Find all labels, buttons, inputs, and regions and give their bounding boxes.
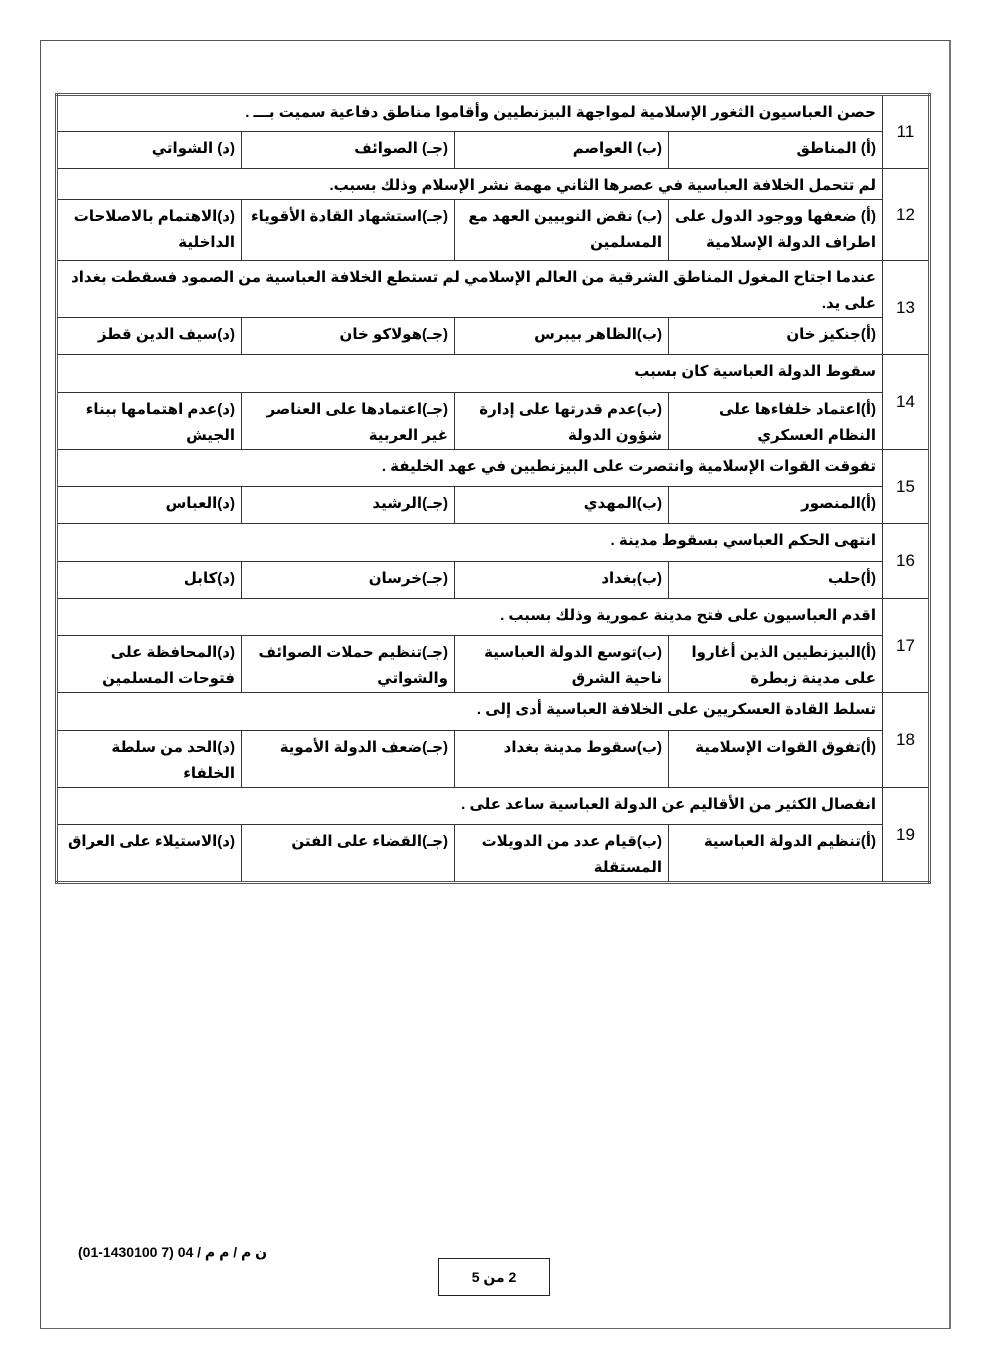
option-b[interactable]: (ب) العواصم (455, 132, 669, 169)
option-d[interactable]: (د)الاهتمام بالاصلاحات الداخلية (57, 200, 242, 261)
option-b[interactable]: (ب)قيام عدد من الدويلات المستقلة (455, 825, 669, 883)
question-stem: حصن العباسيون الثغور الإسلامية لمواجهة ا… (57, 95, 883, 132)
options-row: (أ)البيزنطيين الذين أغاروا على مدينة زبط… (57, 636, 930, 693)
options-row: (أ)حلب (ب)بغداد (جـ)خرسان (د)كابل (57, 562, 930, 599)
question-number: 14 (883, 355, 930, 450)
question-number: 18 (883, 693, 930, 788)
question-number: 12 (883, 169, 930, 261)
option-b[interactable]: (ب) نقض النوبيين العهد مع المسلمين (455, 200, 669, 261)
option-a[interactable]: (أ) ضعفها ووجود الدول على اطراف الدولة ا… (669, 200, 883, 261)
question-stem: انتهى الحكم العباسي بسقوط مدينة . (57, 524, 883, 562)
question-row: 12 لم تتحمل الخلافة العباسية في عصرها ال… (57, 169, 930, 200)
options-row: (أ)اعتماد خلفاءها على النظام العسكري (ب)… (57, 393, 930, 450)
options-row: (أ)جنكيز خان (ب)الظاهر بيبرس (جـ)هولاكو … (57, 318, 930, 355)
question-number: 16 (883, 524, 930, 599)
question-stem: تسلط القادة العسكريين على الخلافة العباس… (57, 693, 883, 731)
option-c[interactable]: (جـ)خرسان (242, 562, 455, 599)
option-d[interactable]: (د)العباس (57, 487, 242, 524)
question-number: 13 (883, 261, 930, 355)
question-number: 15 (883, 450, 930, 524)
option-b[interactable]: (ب)بغداد (455, 562, 669, 599)
options-row: (أ) المناطق (ب) العواصم (جـ) الصوائف (د)… (57, 132, 930, 169)
questions-table: 11 حصن العباسيون الثغور الإسلامية لمواجه… (55, 93, 931, 884)
option-d[interactable]: (د) الشواتي (57, 132, 242, 169)
page-indicator: 2 من 5 (438, 1258, 550, 1296)
question-row: 14 سقوط الدولة العباسية كان بسبب (57, 355, 930, 393)
option-d[interactable]: (د)الحد من سلطة الخلفاء (57, 731, 242, 788)
question-stem: انفصال الكثير من الأقاليم عن الدولة العب… (57, 788, 883, 825)
options-row: (أ)تفوق القوات الإسلامية (ب)سقوط مدينة ب… (57, 731, 930, 788)
option-c[interactable]: (جـ)القضاء على الفتن (242, 825, 455, 883)
question-number: 19 (883, 788, 930, 883)
option-d[interactable]: (د)كابل (57, 562, 242, 599)
options-row: (أ)تنظيم الدولة العباسية (ب)قيام عدد من … (57, 825, 930, 883)
option-d[interactable]: (د)سيف الدين قطز (57, 318, 242, 355)
option-d[interactable]: (د)الاستيلاء على العراق (57, 825, 242, 883)
question-row: 11 حصن العباسيون الثغور الإسلامية لمواجه… (57, 95, 930, 132)
option-d[interactable]: (د)عدم اهتمامها ببناء الجيش (57, 393, 242, 450)
option-a[interactable]: (أ)المنصور (669, 487, 883, 524)
option-a[interactable]: (أ)تنظيم الدولة العباسية (669, 825, 883, 883)
option-a[interactable]: (أ) المناطق (669, 132, 883, 169)
option-b[interactable]: (ب)المهدي (455, 487, 669, 524)
option-c[interactable]: (جـ)الرشيد (242, 487, 455, 524)
question-row: 15 تفوقت القوات الإسلامية وانتصرت على ال… (57, 450, 930, 487)
option-a[interactable]: (أ)البيزنطيين الذين أغاروا على مدينة زبط… (669, 636, 883, 693)
option-a[interactable]: (أ)حلب (669, 562, 883, 599)
question-stem: عندما اجتاح المغول المناطق الشرقية من ال… (57, 261, 883, 318)
question-row: 17 اقدم العباسيون على فتح مدينة عمورية و… (57, 599, 930, 636)
options-row: (أ)المنصور (ب)المهدي (جـ)الرشيد (د)العبا… (57, 487, 930, 524)
question-stem: سقوط الدولة العباسية كان بسبب (57, 355, 883, 393)
option-c[interactable]: (جـ)استشهاد القادة الأقوياء (242, 200, 455, 261)
option-d[interactable]: (د)المحافظة على فتوحات المسلمين (57, 636, 242, 693)
option-c[interactable]: (جـ)هولاكو خان (242, 318, 455, 355)
option-a[interactable]: (أ)اعتماد خلفاءها على النظام العسكري (669, 393, 883, 450)
option-b[interactable]: (ب)الظاهر بيبرس (455, 318, 669, 355)
option-b[interactable]: (ب)عدم قدرتها على إدارة شؤون الدولة (455, 393, 669, 450)
document-code: ن م / م م / 04 (7 1430100-01) (78, 1244, 267, 1261)
question-stem: تفوقت القوات الإسلامية وانتصرت على البيز… (57, 450, 883, 487)
option-c[interactable]: (جـ) الصوائف (242, 132, 455, 169)
option-b[interactable]: (ب)سقوط مدينة بغداد (455, 731, 669, 788)
question-stem: لم تتحمل الخلافة العباسية في عصرها الثان… (57, 169, 883, 200)
option-c[interactable]: (جـ)اعتمادها على العناصر غير العربية (242, 393, 455, 450)
option-c[interactable]: (جـ)تنظيم حملات الصوائف والشواتي (242, 636, 455, 693)
options-row: (أ) ضعفها ووجود الدول على اطراف الدولة ا… (57, 200, 930, 261)
question-number: 11 (883, 95, 930, 169)
option-a[interactable]: (أ)جنكيز خان (669, 318, 883, 355)
question-row: 18 تسلط القادة العسكريين على الخلافة الع… (57, 693, 930, 731)
question-row: 13 عندما اجتاح المغول المناطق الشرقية من… (57, 261, 930, 318)
question-stem: اقدم العباسيون على فتح مدينة عمورية وذلك… (57, 599, 883, 636)
question-number: 17 (883, 599, 930, 693)
option-a[interactable]: (أ)تفوق القوات الإسلامية (669, 731, 883, 788)
option-b[interactable]: (ب)توسع الدولة العباسية ناحية الشرق (455, 636, 669, 693)
question-row: 16 انتهى الحكم العباسي بسقوط مدينة . (57, 524, 930, 562)
question-row: 19 انفصال الكثير من الأقاليم عن الدولة ا… (57, 788, 930, 825)
option-c[interactable]: (جـ)ضعف الدولة الأموية (242, 731, 455, 788)
